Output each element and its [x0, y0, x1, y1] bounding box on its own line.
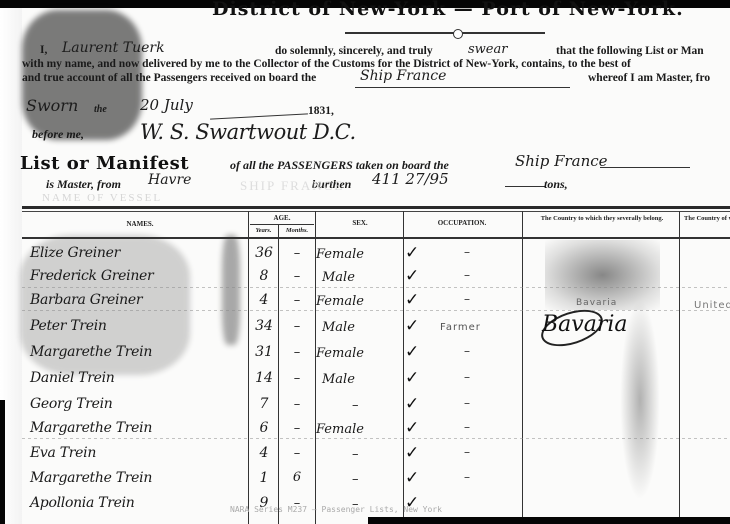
declaration-line3: and true account of all the Passengers r… — [22, 72, 316, 84]
occupation-dash: – — [464, 445, 470, 459]
declaration-whereof: whereof I am Master, fro — [588, 72, 710, 84]
passenger-name: Elize Greiner — [30, 245, 120, 261]
passenger-name: Barbara Greiner — [30, 292, 142, 308]
passenger-name: Daniel Trein — [30, 370, 115, 386]
occupation-check-icon: ✓ — [405, 443, 419, 463]
col-divider-occupation — [522, 211, 523, 524]
document-title: District of New-York — Port of New-York. — [212, 0, 684, 18]
occupation-dash: – — [464, 396, 470, 410]
passenger-name: Frederick Greiner — [30, 268, 153, 284]
passenger-sex: – — [352, 472, 359, 487]
col-divider-names — [248, 211, 249, 524]
occupation-dash: – — [464, 420, 470, 434]
occupation-dash: – — [464, 268, 470, 282]
passenger-sex: – — [352, 447, 359, 462]
passenger-age-years: 8 — [252, 268, 276, 284]
passenger-age-months: – — [280, 246, 314, 261]
row-guide — [22, 310, 730, 311]
passenger-sex: Female — [316, 294, 364, 309]
table-top-rule-thin — [22, 211, 730, 212]
officer-signature: W. S. Swartwout D.C. — [140, 120, 356, 144]
title-ornament — [453, 29, 463, 39]
col-divider-sex — [403, 211, 404, 524]
tonnage-dash — [505, 186, 545, 187]
passenger-age-months: – — [280, 319, 314, 334]
date-underline — [210, 113, 308, 119]
passenger-name: Georg Trein — [30, 396, 113, 412]
manifest-vessel-underline — [600, 167, 690, 168]
row-guide — [22, 287, 730, 288]
faint-ship-stamp: SHIP FRANCE — [240, 178, 344, 194]
passenger-name: Apollonia Trein — [30, 495, 135, 511]
faint-vessel-stamp: NAME OF VESSEL — [42, 192, 162, 204]
passenger-age-years: 4 — [252, 292, 276, 308]
occupation-note: Farmer — [440, 322, 481, 333]
passenger-sex: Male — [322, 270, 355, 285]
passenger-age-years: 1 — [252, 470, 276, 486]
country-typed-annotation: Bavaria — [576, 298, 617, 308]
passenger-age-months: – — [280, 371, 314, 386]
occupation-check-icon: ✓ — [405, 418, 419, 438]
declaration-following: that the following List or Man — [556, 45, 704, 57]
passenger-age-months: 6 — [280, 470, 314, 485]
col-divider-country — [679, 211, 680, 524]
header-sex: SEX. — [330, 219, 390, 228]
occupation-check-icon: ✓ — [405, 468, 419, 488]
declaration-solemnly: do solemnly, sincerely, and truly — [275, 45, 433, 57]
header-age: AGE. — [250, 214, 314, 223]
passenger-name: Eva Trein — [30, 445, 96, 461]
passenger-age-months: – — [280, 446, 314, 461]
sworn-the: the — [94, 104, 107, 115]
manifest-page: District of New-York — Port of New-York.… — [0, 0, 730, 524]
archive-reference: NARA Series M237 — Passenger Lists, New … — [230, 505, 442, 514]
manifest-is-master-from: is Master, from — [46, 177, 121, 192]
header-occupation: OCCUPATION. — [412, 219, 512, 228]
passenger-sex: Female — [316, 422, 364, 437]
sworn-word: Sworn — [26, 96, 78, 115]
sworn-year: 1831, — [308, 105, 334, 117]
occupation-check-icon: ✓ — [405, 342, 419, 362]
age-subheader-rule — [250, 224, 314, 225]
table-top-rule — [22, 206, 730, 209]
oath-word: swear — [468, 42, 507, 57]
declaration-line2: with my name, and now delivered by me to… — [22, 58, 631, 70]
passenger-age-months: – — [280, 421, 314, 436]
manifest-tons: tons, — [544, 177, 568, 192]
header-country-belong: The Country to which they severally belo… — [528, 214, 676, 223]
manifest-vessel: Ship France — [515, 152, 608, 170]
occupation-check-icon: ✓ — [405, 290, 419, 310]
header-country-become: The Country of which it is their intenti… — [684, 214, 730, 234]
manifest-title: List or Manifest — [20, 153, 189, 174]
header-names: NAMES. — [100, 220, 180, 229]
passenger-sex: Female — [316, 346, 364, 361]
header-months: Months. — [279, 226, 315, 235]
passenger-age-years: 14 — [252, 370, 276, 386]
occupation-dash: – — [464, 245, 470, 259]
occupation-check-icon: ✓ — [405, 368, 419, 388]
row-guide — [22, 438, 730, 439]
passenger-age-years: 36 — [252, 245, 276, 261]
country-become-annotation: United — [694, 300, 730, 311]
passenger-age-years: 7 — [252, 396, 276, 412]
table-header-bottom-rule — [22, 237, 730, 239]
passenger-age-years: 6 — [252, 420, 276, 436]
passenger-name: Margarethe Trein — [30, 470, 152, 486]
before-me: before me, — [32, 127, 84, 142]
occupation-check-icon: ✓ — [405, 316, 419, 336]
occupation-dash: – — [464, 344, 470, 358]
passenger-name: Peter Trein — [30, 318, 107, 334]
stain-vertical — [222, 235, 240, 345]
passenger-name: Margarethe Trein — [30, 344, 152, 360]
vessel-name-handwritten: Ship France — [360, 68, 446, 84]
passenger-sex: – — [352, 398, 359, 413]
passenger-sex: Female — [316, 247, 364, 262]
declaration-i: I, — [40, 44, 47, 56]
title-ornament-rule — [345, 32, 545, 34]
passenger-age-years: 4 — [252, 445, 276, 461]
passenger-age-months: – — [280, 397, 314, 412]
passenger-sex: Male — [322, 320, 355, 335]
occupation-dash: – — [464, 370, 470, 384]
occupation-dash: – — [464, 470, 470, 484]
passenger-name: Margarethe Trein — [30, 420, 152, 436]
passenger-age-years: 34 — [252, 318, 276, 334]
occupation-check-icon: ✓ — [405, 394, 419, 414]
vessel-underline — [355, 87, 570, 88]
scan-bottom-edge — [368, 517, 730, 524]
passenger-age-months: – — [280, 269, 314, 284]
passenger-age-months: – — [280, 293, 314, 308]
passenger-sex: Male — [322, 372, 355, 387]
passenger-age-months: – — [280, 345, 314, 360]
tonnage: 411 27/95 — [372, 170, 449, 188]
occupation-check-icon: ✓ — [405, 266, 419, 286]
master-signature: Laurent Tuerk — [62, 40, 165, 56]
header-years: Years. — [249, 226, 278, 235]
occupation-check-icon: ✓ — [405, 243, 419, 263]
country-handwritten: Bavaria — [542, 312, 628, 337]
col-divider-years — [278, 225, 279, 524]
sworn-date: 20 July — [140, 96, 193, 114]
departure-port: Havre — [148, 172, 191, 188]
occupation-dash: – — [464, 292, 470, 306]
scan-left-edge — [0, 400, 5, 524]
passenger-age-years: 31 — [252, 344, 276, 360]
